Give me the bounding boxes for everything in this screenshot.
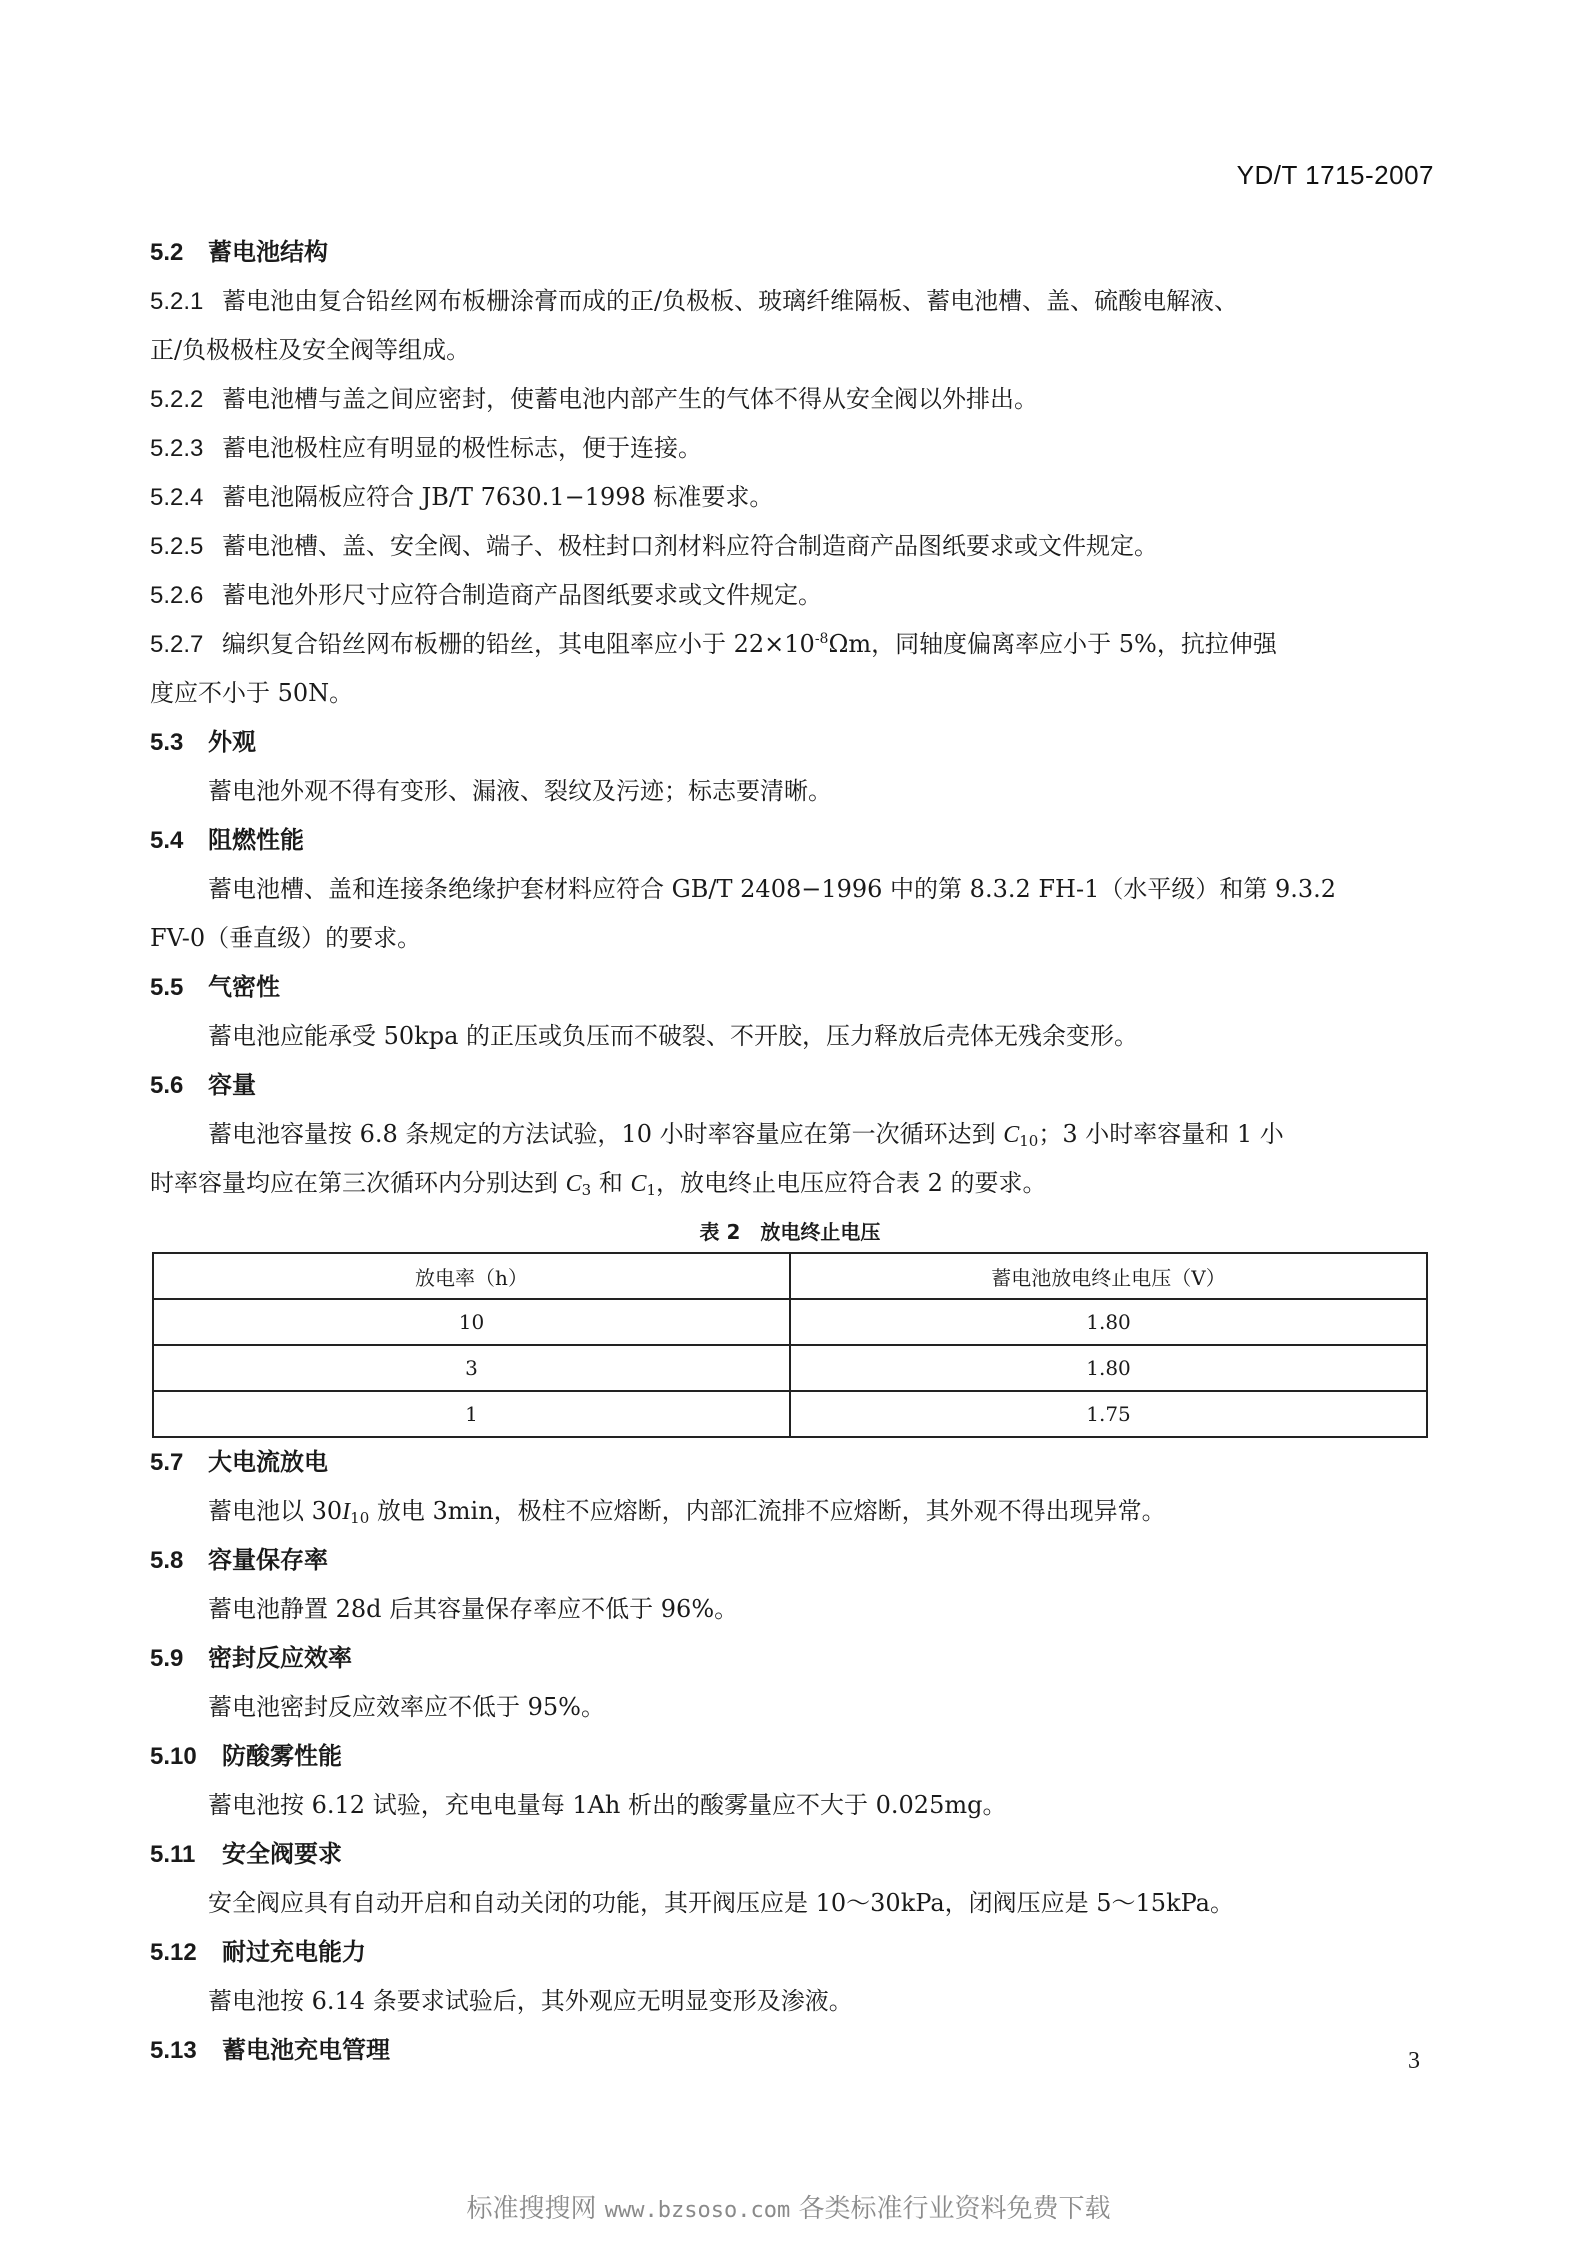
cell-voltage: 1.80 bbox=[790, 1345, 1427, 1391]
column-header-rate: 放电率（h） bbox=[153, 1253, 790, 1299]
section-5-4-body-cont: FV-0（垂直级）的要求。 bbox=[150, 914, 1430, 963]
section-heading-5-11: 5.11安全阀要求 bbox=[150, 1830, 1430, 1879]
section-heading-5-10: 5.10防酸雾性能 bbox=[150, 1732, 1430, 1781]
section-heading-5-6: 5.6容量 bbox=[150, 1061, 1430, 1110]
discharge-voltage-table: 放电率（h） 蓄电池放电终止电压（V） 10 1.80 3 1.80 1 1.7… bbox=[152, 1252, 1428, 1438]
cell-rate: 10 bbox=[153, 1299, 790, 1345]
clause-5-2-7: 5.2.7编织复合铅丝网布板栅的铅丝，其电阻率应小于 22×10-8Ωm，同轴度… bbox=[150, 620, 1430, 669]
section-heading-5-9: 5.9密封反应效率 bbox=[150, 1634, 1430, 1683]
standard-code: YD/T 1715-2007 bbox=[1237, 160, 1434, 191]
watermark-url: www.bzsoso.com bbox=[605, 2198, 790, 2223]
clause-5-2-4: 5.2.4蓄电池隔板应符合 JB/T 7630.1−1998 标准要求。 bbox=[150, 473, 1430, 522]
section-5-11-body: 安全阀应具有自动开启和自动关闭的功能，其开阀压应是 10～30kPa，闭阀压应是… bbox=[150, 1879, 1430, 1928]
footer-watermark: 标准搜搜网 www.bzsoso.com 各类标准行业资料免费下载 bbox=[0, 2188, 1577, 2225]
section-5-7-body: 蓄电池以 30I10 放电 3min，极柱不应熔断，内部汇流排不应熔断，其外观不… bbox=[150, 1487, 1430, 1536]
clause-5-2-6: 5.2.6蓄电池外形尺寸应符合制造商产品图纸要求或文件规定。 bbox=[150, 571, 1430, 620]
section-heading-5-13: 5.13蓄电池充电管理 bbox=[150, 2026, 1430, 2075]
section-heading-5-2: 5.2蓄电池结构 bbox=[150, 228, 1430, 277]
section-5-8-body: 蓄电池静置 28d 后其容量保存率应不低于 96%。 bbox=[150, 1585, 1430, 1634]
table-row: 10 1.80 bbox=[153, 1299, 1427, 1345]
section-5-9-body: 蓄电池密封反应效率应不低于 95%。 bbox=[150, 1683, 1430, 1732]
section-5-6-body: 蓄电池容量按 6.8 条规定的方法试验，10 小时率容量应在第一次循环达到 C1… bbox=[150, 1110, 1430, 1159]
column-header-voltage: 蓄电池放电终止电压（V） bbox=[790, 1253, 1427, 1299]
section-heading-5-5: 5.5气密性 bbox=[150, 963, 1430, 1012]
clause-5-2-5: 5.2.5蓄电池槽、盖、安全阀、端子、极柱封口剂材料应符合制造商产品图纸要求或文… bbox=[150, 522, 1430, 571]
section-heading-5-7: 5.7大电流放电 bbox=[150, 1438, 1430, 1487]
table-row: 3 1.80 bbox=[153, 1345, 1427, 1391]
cell-voltage: 1.75 bbox=[790, 1391, 1427, 1437]
section-heading-5-4: 5.4阻燃性能 bbox=[150, 816, 1430, 865]
clause-5-2-2: 5.2.2蓄电池槽与盖之间应密封，使蓄电池内部产生的气体不得从安全阀以外排出。 bbox=[150, 375, 1430, 424]
cell-rate: 3 bbox=[153, 1345, 790, 1391]
section-5-6-body-cont: 时率容量均应在第三次循环内分别达到 C3 和 C1，放电终止电压应符合表 2 的… bbox=[150, 1159, 1430, 1208]
section-heading-5-3: 5.3外观 bbox=[150, 718, 1430, 767]
section-heading-5-8: 5.8容量保存率 bbox=[150, 1536, 1430, 1585]
clause-5-2-7-cont: 度应不小于 50N。 bbox=[150, 669, 1430, 718]
section-5-4-body: 蓄电池槽、盖和连接条绝缘护套材料应符合 GB/T 2408−1996 中的第 8… bbox=[150, 865, 1430, 914]
table-row: 1 1.75 bbox=[153, 1391, 1427, 1437]
section-5-3-body: 蓄电池外观不得有变形、漏液、裂纹及污迹；标志要清晰。 bbox=[150, 767, 1430, 816]
page-number: 3 bbox=[1408, 2048, 1420, 2075]
section-5-5-body: 蓄电池应能承受 50kpa 的正压或负压而不破裂、不开胶，压力释放后壳体无残余变… bbox=[150, 1012, 1430, 1061]
table-header-row: 放电率（h） 蓄电池放电终止电压（V） bbox=[153, 1253, 1427, 1299]
cell-voltage: 1.80 bbox=[790, 1299, 1427, 1345]
clause-5-2-1: 5.2.1蓄电池由复合铅丝网布板栅涂膏而成的正/负极板、玻璃纤维隔板、蓄电池槽、… bbox=[150, 277, 1430, 326]
section-heading-5-12: 5.12耐过充电能力 bbox=[150, 1928, 1430, 1977]
cell-rate: 1 bbox=[153, 1391, 790, 1437]
clause-5-2-3: 5.2.3蓄电池极柱应有明显的极性标志，便于连接。 bbox=[150, 424, 1430, 473]
document-body: 5.2蓄电池结构 5.2.1蓄电池由复合铅丝网布板栅涂膏而成的正/负极板、玻璃纤… bbox=[150, 228, 1430, 2075]
section-5-10-body: 蓄电池按 6.12 试验，充电电量每 1Ah 析出的酸雾量应不大于 0.025m… bbox=[150, 1781, 1430, 1830]
clause-5-2-1-cont: 正/负极极柱及安全阀等组成。 bbox=[150, 326, 1430, 375]
table-caption: 表 2 放电终止电压 bbox=[150, 1212, 1430, 1252]
section-5-12-body: 蓄电池按 6.14 条要求试验后，其外观应无明显变形及渗液。 bbox=[150, 1977, 1430, 2026]
